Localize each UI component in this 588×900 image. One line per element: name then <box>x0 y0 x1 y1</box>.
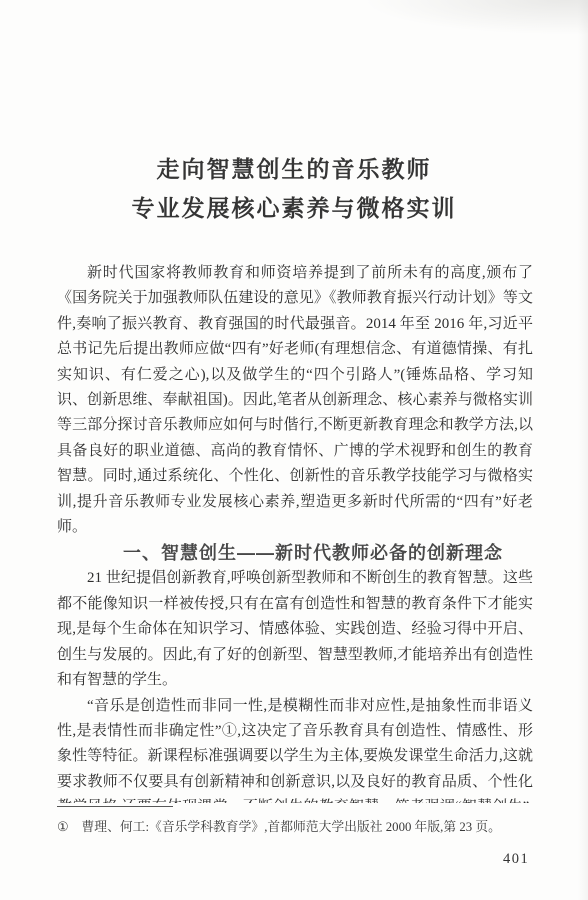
footnote-marker: ① <box>57 818 68 837</box>
section-heading: 一、智慧创生——新时代教师必备的创新理念 <box>57 540 533 566</box>
footnote-divider <box>57 806 173 807</box>
footnote: ①曹理、何工:《音乐学科教育学》,首都师范大学出版社 2000 年版,第 23 … <box>57 818 533 837</box>
document-title: 走向智慧创生的音乐教师 专业发展核心素养与微格实训 <box>0 150 588 228</box>
scan-shading-artifact <box>368 0 588 34</box>
paragraph-intro: 新时代国家将教师教育和师资培养提到了前所未有的高度,颁布了《国务院关于加强教师队… <box>57 261 533 540</box>
document-title-line-2: 专业发展核心素养与微格实训 <box>0 189 588 228</box>
page-number: 401 <box>503 851 529 868</box>
paragraph-innovation-education: 21 世纪提倡创新教育,呼唤创新型教师和不断创生的教育智慧。这些都不能像知识一样… <box>57 566 533 693</box>
scan-edge-shading <box>578 0 588 900</box>
footnote-text: 曹理、何工:《音乐学科教育学》,首都师范大学出版社 2000 年版,第 23 页… <box>81 820 500 834</box>
paragraph-music-creativity: “音乐是创造性而非同一性,是模糊性而非对应性,是抽象性而非语义性,是表情性而非确… <box>57 694 533 804</box>
document-title-line-1: 走向智慧创生的音乐教师 <box>0 150 588 189</box>
book-page: 走向智慧创生的音乐教师 专业发展核心素养与微格实训 新时代国家将教师教育和师资培… <box>0 0 588 900</box>
body-text: 新时代国家将教师教育和师资培养提到了前所未有的高度,颁布了《国务院关于加强教师队… <box>57 261 533 803</box>
